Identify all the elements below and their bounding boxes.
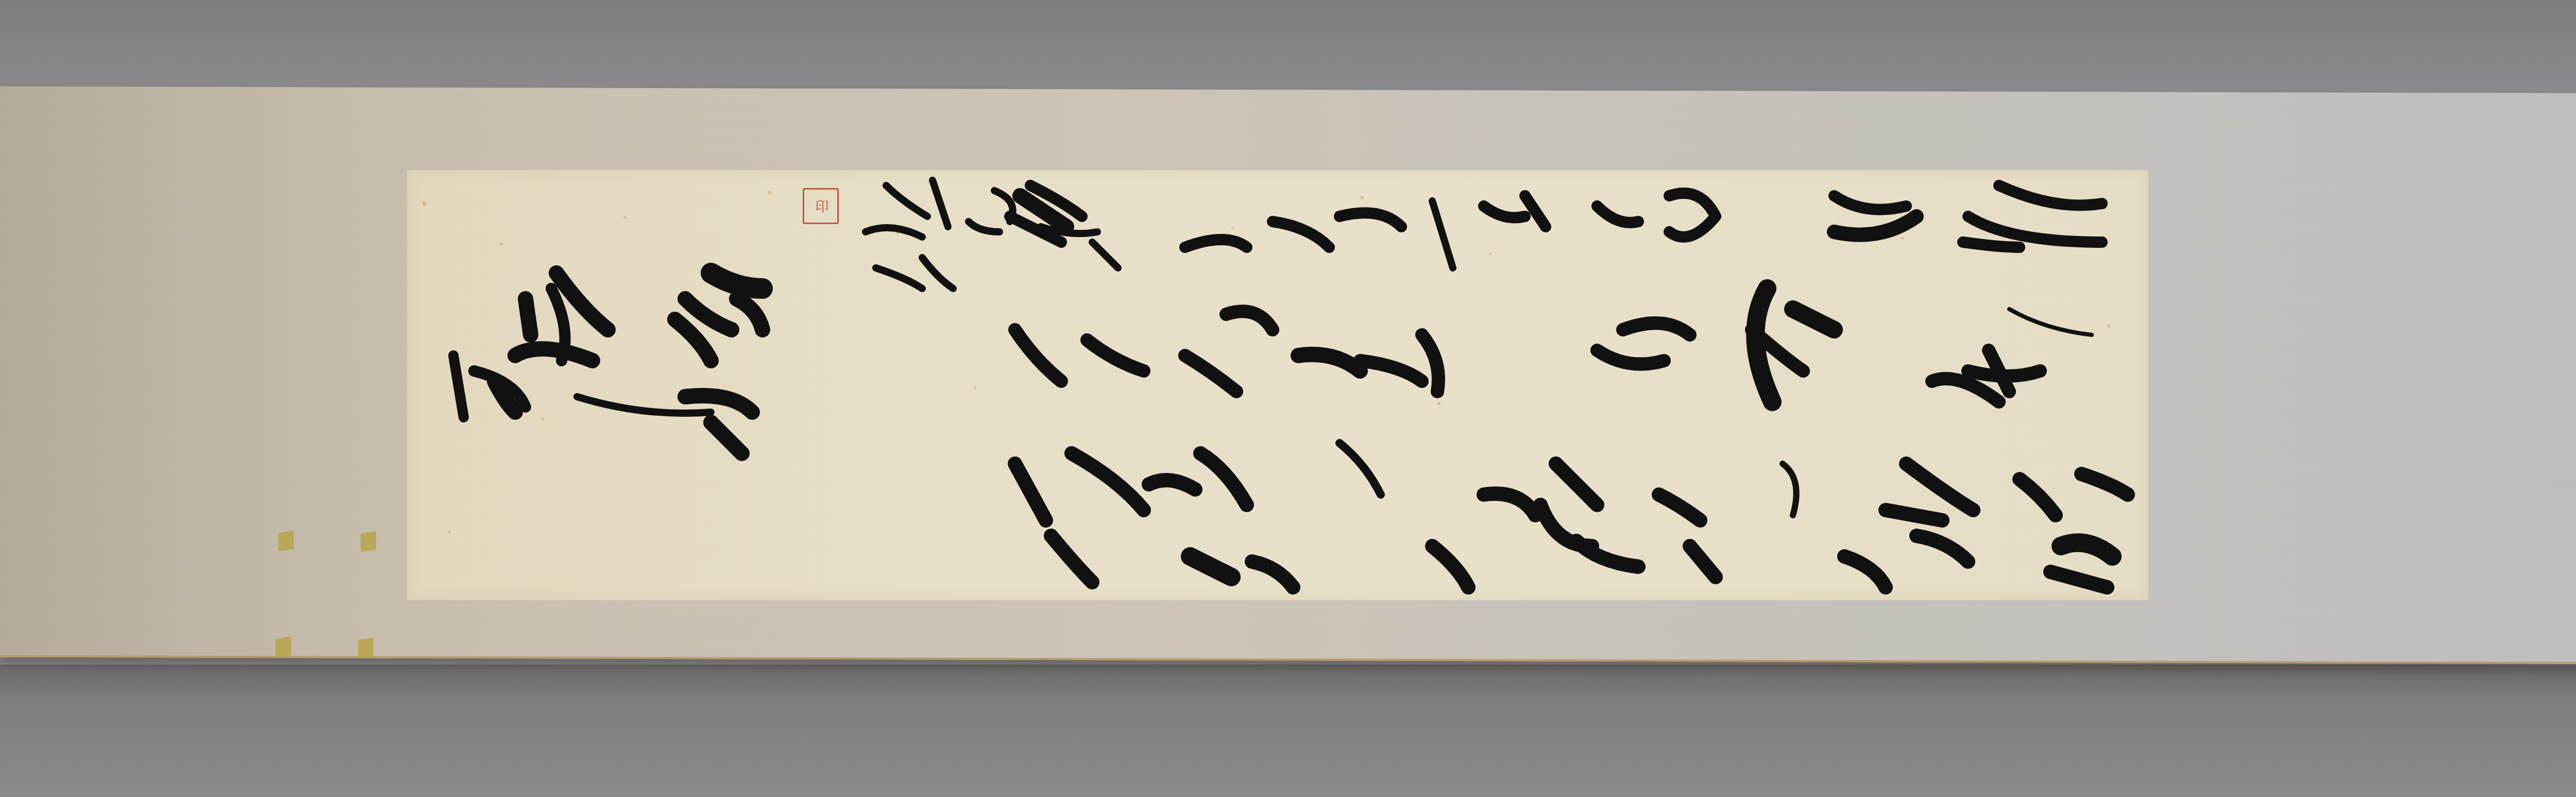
calligraphy-panel: [407, 170, 2148, 600]
wall-background-top: [0, 0, 2576, 93]
gold-foil-mark: [361, 531, 376, 552]
artist-seal: 印: [803, 188, 839, 224]
gold-foil-mark: [276, 637, 291, 657]
scroll-bottom-edge: [0, 655, 2576, 665]
gold-foil-mark: [278, 531, 294, 551]
seal-glyph: 印: [814, 199, 827, 213]
gold-foil-mark: [358, 638, 374, 658]
wall-background-bottom: [0, 665, 2576, 797]
